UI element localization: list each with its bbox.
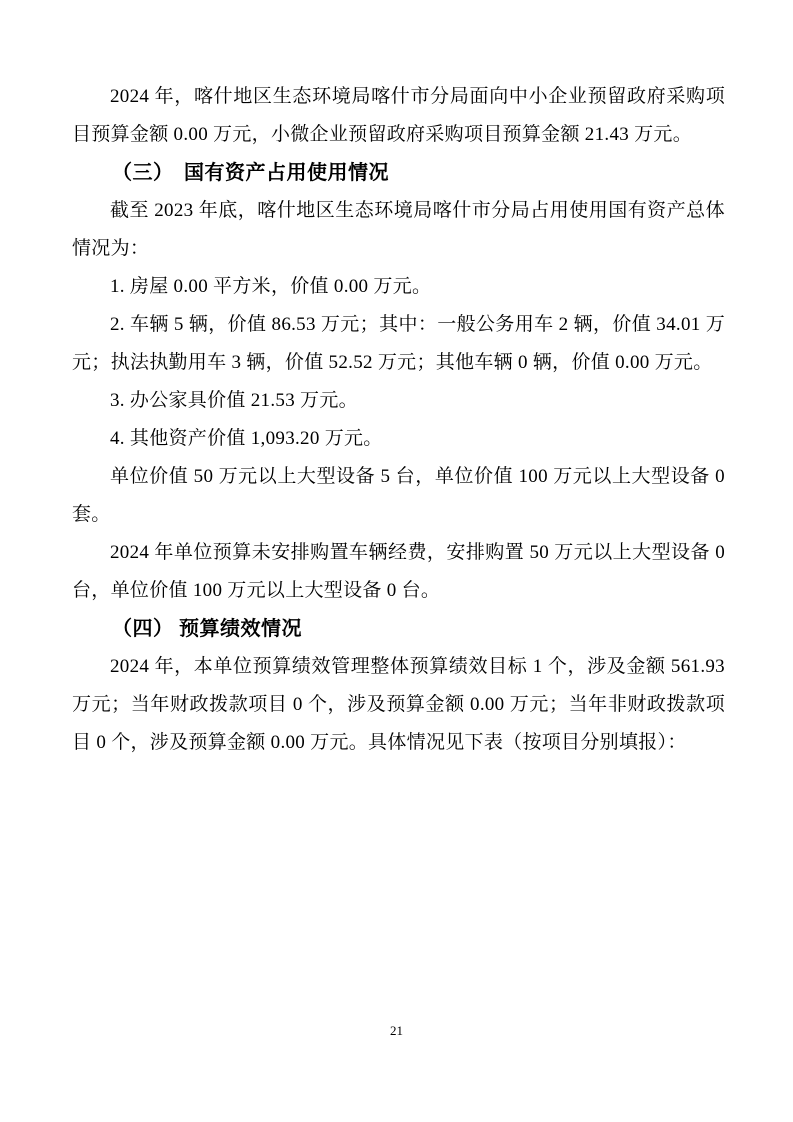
- paragraph-assets-housing: 1. 房屋 0.00 平方米，价值 0.00 万元。: [72, 268, 725, 306]
- document-page: 2024 年，喀什地区生态环境局喀什市分局面向中小企业预留政府采购项目预算金额 …: [0, 0, 793, 1122]
- paragraph-budget-performance: 2024 年，本单位预算绩效管理整体预算绩效目标 1 个，涉及金额 561.93…: [72, 648, 725, 762]
- paragraph-assets-furniture: 3. 办公家具价值 21.53 万元。: [72, 382, 725, 420]
- section-heading-state-assets: （三） 国有资产占用使用情况: [72, 154, 725, 192]
- paragraph-2024-purchases: 2024 年单位预算未安排购置车辆经费，安排购置 50 万元以上大型设备 0 台…: [72, 534, 725, 610]
- section-heading-budget-performance: （四） 预算绩效情况: [72, 610, 725, 648]
- paragraph-assets-other: 4. 其他资产价值 1,093.20 万元。: [72, 420, 725, 458]
- document-body: 2024 年，喀什地区生态环境局喀什市分局面向中小企业预留政府采购项目预算金额 …: [72, 78, 725, 762]
- paragraph-assets-vehicles: 2. 车辆 5 辆，价值 86.53 万元；其中：一般公务用车 2 辆，价值 3…: [72, 306, 725, 382]
- page-footer: 21: [0, 1022, 793, 1040]
- paragraph-procurement-smes: 2024 年，喀什地区生态环境局喀什市分局面向中小企业预留政府采购项目预算金额 …: [72, 78, 725, 154]
- paragraph-assets-overview: 截至 2023 年底，喀什地区生态环境局喀什市分局占用使用国有资产总体情况为：: [72, 192, 725, 268]
- paragraph-large-equipment: 单位价值 50 万元以上大型设备 5 台，单位价值 100 万元以上大型设备 0…: [72, 458, 725, 534]
- page-number: 21: [390, 1023, 403, 1038]
